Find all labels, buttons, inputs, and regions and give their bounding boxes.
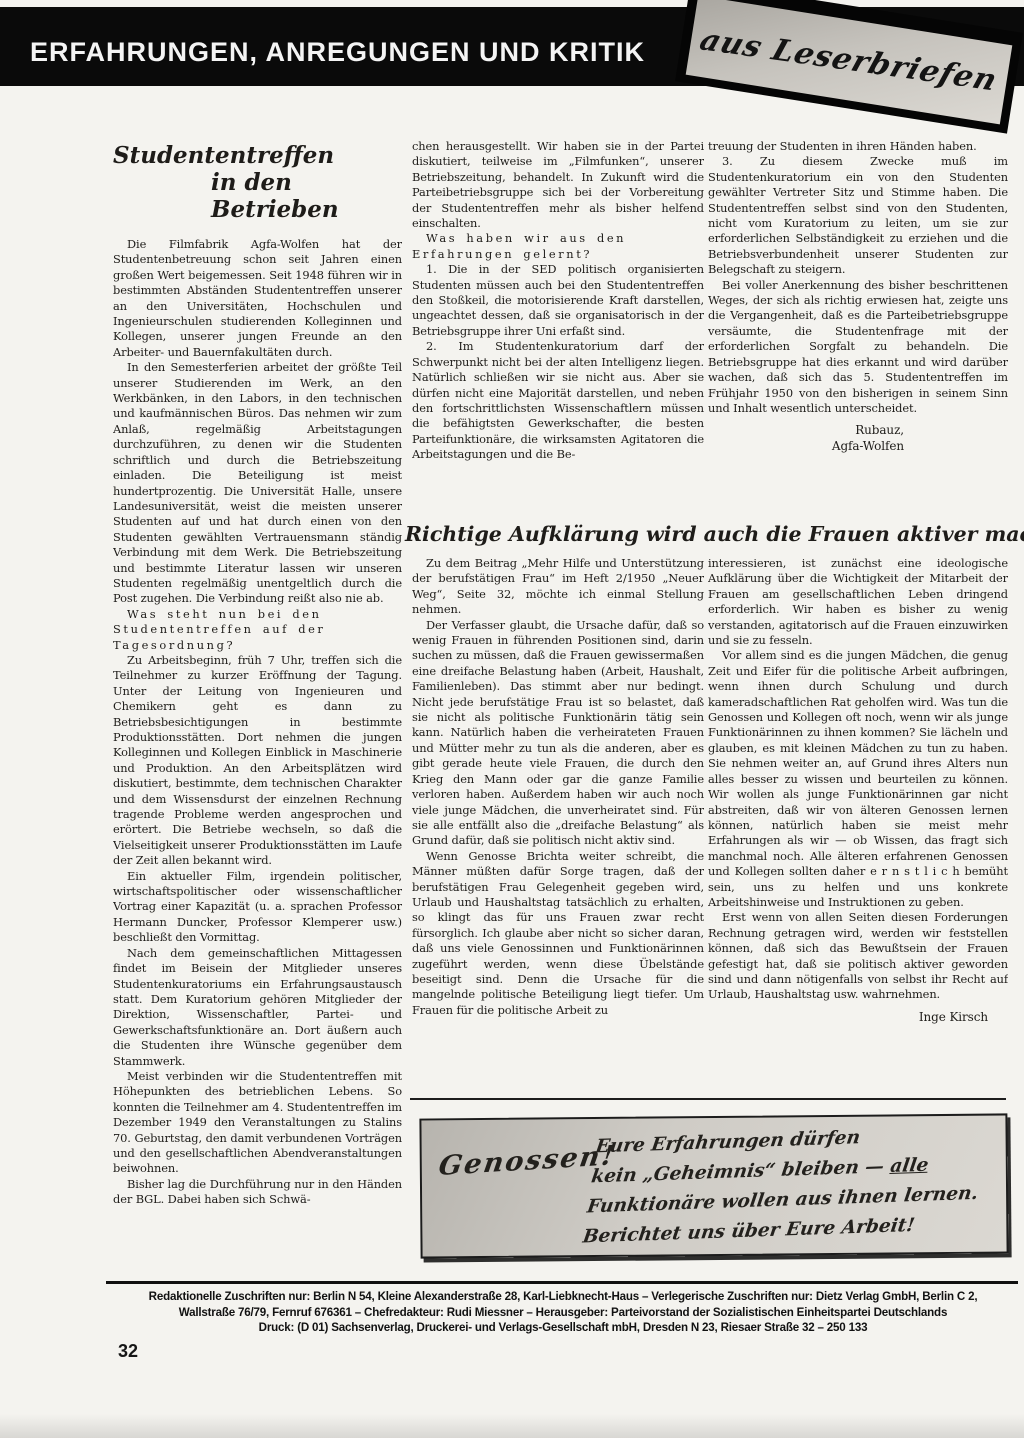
article1-title-line2: in den Betrieben <box>113 169 402 223</box>
signature-name: Rubauz, <box>708 422 904 438</box>
banner-title: ERFAHRUNGEN, ANREGUNGEN UND KRITIK <box>30 37 645 68</box>
article1-signature: Rubauz, Agfa-Wolfen <box>708 422 1008 454</box>
paragraph: Meist verbinden wir die Studententreffen… <box>113 1069 402 1177</box>
handwritten-note-box: Genossen! Eure Erfahrungen dürfen kein „… <box>419 1113 1008 1258</box>
article1-column-1: Studententreffenin den Betrieben Die Fil… <box>113 142 402 1266</box>
paragraph: Ein aktueller Film, irgendein politische… <box>113 869 402 946</box>
paragraph: Druck: (D 01) Sachsenverlag, Druckerei- … <box>110 1320 1016 1336</box>
article2-title: Richtige Aufklärung wird auch die Frauen… <box>405 522 1013 546</box>
page: { "header": { "banner_title": "ERFAHRUNG… <box>0 0 1024 1438</box>
footer-imprint: Redaktionelle Zuschriften nur: Berlin N … <box>110 1289 1016 1336</box>
paragraph: Zu dem Beitrag „Mehr Hilfe und Unterstüt… <box>412 556 704 618</box>
article1-col1-text: Die Filmfabrik Agfa-Wolfen hat der Stude… <box>113 237 402 1208</box>
scan-edge-shade <box>0 1414 1024 1438</box>
article2-column-2: interessieren, ist zunächst eine ideolog… <box>708 556 1008 1097</box>
paragraph: 1. Die in der SED politisch organisierte… <box>412 262 704 339</box>
article1-column-2: chen herausgestellt. Wir haben sie in de… <box>412 139 704 513</box>
paragraph: Vor allem sind es die jungen Mädchen, di… <box>708 648 1008 910</box>
note-underlined-word: alle <box>889 1155 930 1177</box>
article1-title-line1: Studententreffen <box>113 142 334 169</box>
paragraph: 2. Im Studentenkuratorium darf der Schwe… <box>412 339 704 462</box>
paragraph: Nach dem gemeinschaftlichen Mittagessen … <box>113 946 402 1069</box>
paragraph: interessieren, ist zunächst eine ideolog… <box>708 556 1008 648</box>
article2-col1-text: Zu dem Beitrag „Mehr Hilfe und Unterstüt… <box>412 556 704 1018</box>
article2-signature: Inge Kirsch <box>708 1009 1008 1025</box>
signature-company: Agfa-Wolfen <box>708 438 904 454</box>
paragraph: Bei voller Anerkennung des bisher beschr… <box>708 278 1008 417</box>
article1-title: Studententreffenin den Betrieben <box>113 142 402 223</box>
paragraph: 3. Zu diesem Zwecke muß im Studentenkura… <box>708 154 1008 277</box>
paragraph: Erst wenn von allen Seiten diesen Forder… <box>708 910 1008 1002</box>
article1-column-3: treuung der Studenten in ihren Händen ha… <box>708 139 1008 517</box>
paragraph: Redaktionelle Zuschriften nur: Berlin N … <box>110 1289 1016 1305</box>
footer-rule <box>106 1281 1018 1284</box>
paragraph: Der Verfasser glaubt, die Ursache dafür,… <box>412 618 704 849</box>
paragraph: In den Semesterferien arbeitet der größt… <box>113 360 402 607</box>
note-text: Eure Erfahrungen dürfen kein „Geheimnis“… <box>581 1118 1008 1252</box>
article1-col3-text: treuung der Studenten in ihren Händen ha… <box>708 139 1008 416</box>
page-number: 32 <box>118 1341 138 1362</box>
article2-col2-text: interessieren, ist zunächst eine ideolog… <box>708 556 1008 1003</box>
paragraph: Was haben wir aus den Erfahrungen gelern… <box>412 231 704 262</box>
paragraph: chen herausgestellt. Wir haben sie in de… <box>412 139 704 231</box>
paragraph: Wenn Genosse Brichta weiter schreibt, di… <box>412 849 704 1018</box>
article1-col2-text: chen herausgestellt. Wir haben sie in de… <box>412 139 704 463</box>
paragraph: Bisher lag die Durchführung nur in den H… <box>113 1177 402 1208</box>
paragraph: Die Filmfabrik Agfa-Wolfen hat der Stude… <box>113 237 402 360</box>
section-divider-rule <box>410 1098 1006 1100</box>
paragraph: treuung der Studenten in ihren Händen ha… <box>708 139 1008 154</box>
paragraph: Wallstraße 76/79, Fernruf 676361 – Chefr… <box>110 1305 1016 1321</box>
paragraph: Was steht nun bei den Studententreffen a… <box>113 607 402 653</box>
article2-column-1: Zu dem Beitrag „Mehr Hilfe und Unterstüt… <box>412 556 704 1097</box>
paragraph: Zu Arbeitsbeginn, früh 7 Uhr, treffen si… <box>113 653 402 869</box>
